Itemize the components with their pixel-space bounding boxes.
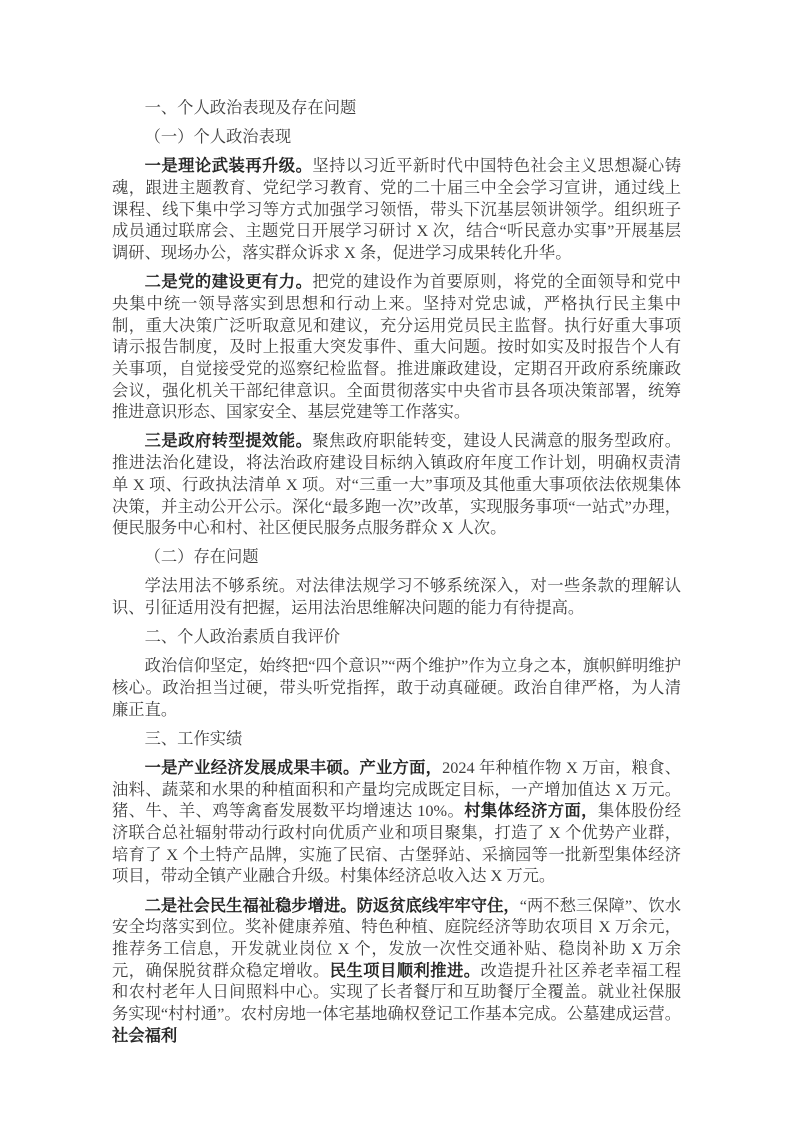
document-page: 一、个人政治表现及存在问题（一）个人政治表现一是理论武装再升级。坚持以习近平新时… bbox=[0, 0, 793, 1122]
text-run: （一）个人政治表现 bbox=[145, 127, 292, 146]
bold-text-run: 村集体经济方面， bbox=[464, 801, 598, 820]
text-run: （二）存在问题 bbox=[145, 547, 259, 566]
bold-text-run: 二是党的建设更有力。 bbox=[145, 272, 313, 291]
paragraph: 二是社会民生福祉稳步增进。防返贫底线牢牢守住，“两不愁三保障”、饮水安全均落实到… bbox=[112, 895, 681, 1047]
bold-text-run: 民生项目顺利推进。 bbox=[330, 961, 481, 980]
bold-text-run: 三是政府转型提效能。 bbox=[145, 431, 313, 450]
bold-text-run: 一是理论武装再升级。 bbox=[145, 156, 313, 175]
document-body: 一、个人政治表现及存在问题（一）个人政治表现一是理论武装再升级。坚持以习近平新时… bbox=[112, 97, 681, 1046]
bold-text-run: 社会福利 bbox=[112, 1026, 177, 1045]
paragraph: 学法用法不够系统。对法律法规学习不够系统深入，对一些条款的理解认识、引征适用没有… bbox=[112, 575, 681, 618]
section-heading: 二、个人政治素质自我评价 bbox=[112, 626, 681, 648]
section-heading: 三、工作实绩 bbox=[112, 728, 681, 750]
paragraph: 二是党的建设更有力。把党的建设作为首要原则，将党的全面领导和党中央集中统一领导落… bbox=[112, 271, 681, 423]
bold-text-run: 二是社会民生福祉稳步增进。防返贫底线牢牢守住， bbox=[145, 896, 520, 915]
paragraph: 一是理论武装再升级。坚持以习近平新时代中国特色社会主义思想凝心铸魂，跟进主题教育… bbox=[112, 155, 681, 264]
section-heading: （二）存在问题 bbox=[112, 546, 681, 568]
paragraph: 政治信仰坚定，始终把“四个意识”“两个维护”作为立身之本，旗帜鲜明维护核心。政治… bbox=[112, 655, 681, 720]
section-heading: 一、个人政治表现及存在问题 bbox=[112, 97, 681, 119]
bold-text-run: 一是产业经济发展成果丰硕。产业方面， bbox=[145, 758, 443, 777]
section-heading: （一）个人政治表现 bbox=[112, 126, 681, 148]
text-run: 学法用法不够系统。对法律法规学习不够系统深入，对一些条款的理解认识、引征适用没有… bbox=[112, 576, 681, 617]
text-run: 把党的建设作为首要原则，将党的全面领导和党中央集中统一领导落实到思想和行动上来。… bbox=[112, 272, 681, 421]
text-run: 一、个人政治表现及存在问题 bbox=[145, 98, 357, 117]
paragraph: 三是政府转型提效能。聚焦政府职能转变，建设人民满意的服务型政府。推进法治化建设，… bbox=[112, 430, 681, 539]
text-run: 二、个人政治素质自我评价 bbox=[145, 627, 340, 646]
paragraph: 一是产业经济发展成果丰硕。产业方面，2024 年种植作物 X 万亩，粮食、油料、… bbox=[112, 757, 681, 887]
text-run: 政治信仰坚定，始终把“四个意识”“两个维护”作为立身之本，旗帜鲜明维护核心。政治… bbox=[112, 656, 681, 718]
text-run: 三、工作实绩 bbox=[145, 729, 243, 748]
